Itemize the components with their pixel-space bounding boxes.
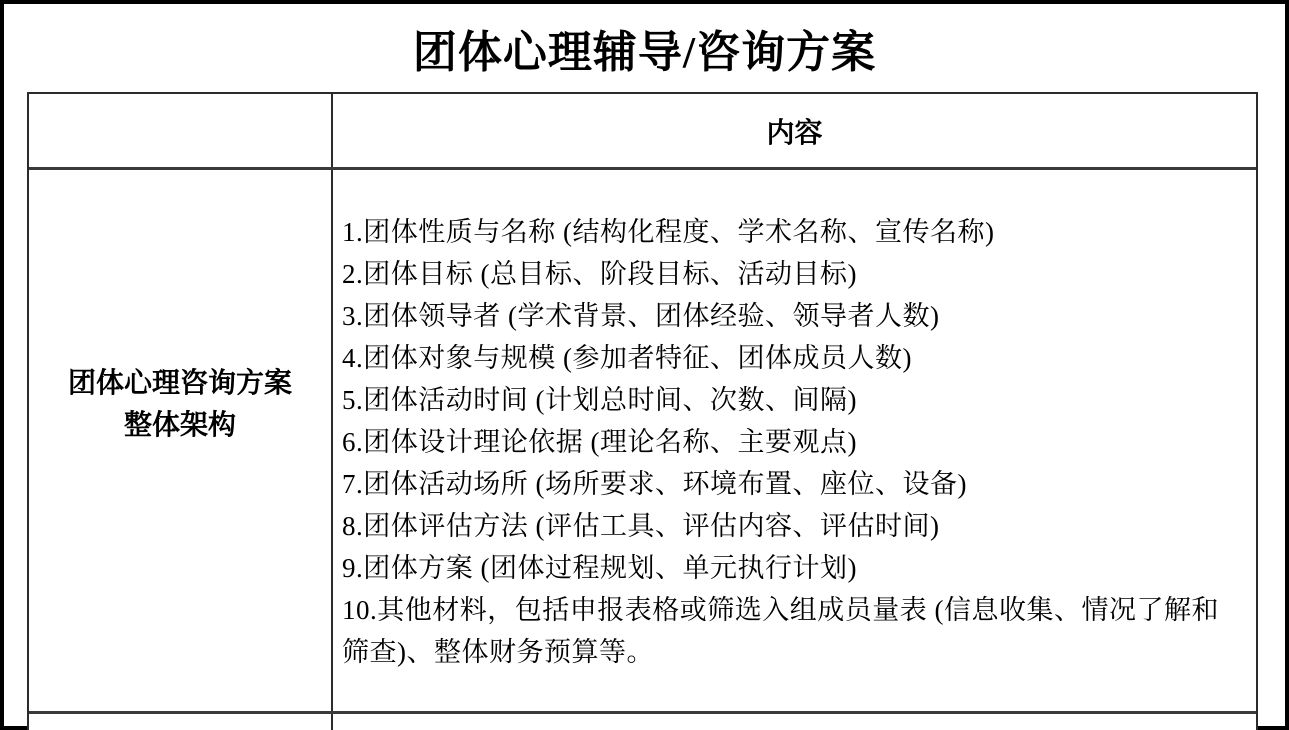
content-column-label: 内容 — [766, 111, 822, 151]
title-bar: 团体心理辅导/咨询方案 — [4, 4, 1285, 92]
table-next-row-partial — [29, 714, 1256, 730]
content-item-2: 2.团体目标 (总目标、阶段目标、活动目标) — [342, 253, 1242, 295]
row-label-cell: 团体心理咨询方案 整体架构 — [29, 170, 333, 711]
header-cell-empty — [29, 94, 333, 167]
header-cell-content: 内容 — [333, 94, 1256, 167]
row-label-line2: 整体架构 — [124, 405, 236, 447]
schema-table: 内容 团体心理咨询方案 整体架构 1.团体性质与名称 (结构化程度、学术名称、宣… — [27, 92, 1258, 730]
content-item-5: 5.团体活动时间 (计划总时间、次数、间隔) — [342, 379, 1242, 421]
table-body-row: 团体心理咨询方案 整体架构 1.团体性质与名称 (结构化程度、学术名称、宣传名称… — [29, 170, 1256, 714]
table-header-row: 内容 — [29, 94, 1256, 170]
content-item-7: 7.团体活动场所 (场所要求、环境布置、座位、设备) — [342, 463, 1242, 505]
content-item-1: 1.团体性质与名称 (结构化程度、学术名称、宣传名称) — [342, 211, 1242, 253]
content-item-9: 9.团体方案 (团体过程规划、单元执行计划) — [342, 547, 1242, 589]
document-frame: 团体心理辅导/咨询方案 内容 团体心理咨询方案 整体架构 1.团体性质与名称 (… — [0, 0, 1289, 730]
page-title: 团体心理辅导/咨询方案 — [413, 16, 876, 80]
content-item-3: 3.团体领导者 (学术背景、团体经验、领导者人数) — [342, 295, 1242, 337]
content-item-8: 8.团体评估方法 (评估工具、评估内容、评估时间) — [342, 505, 1242, 547]
row-label-line1: 团体心理咨询方案 — [68, 363, 292, 405]
next-row-label-cell — [29, 714, 333, 730]
content-cell: 1.团体性质与名称 (结构化程度、学术名称、宣传名称) 2.团体目标 (总目标、… — [333, 170, 1256, 711]
next-row-content-cell — [333, 714, 1256, 730]
content-item-4: 4.团体对象与规模 (参加者特征、团体成员人数) — [342, 337, 1242, 379]
content-item-6: 6.团体设计理论依据 (理论名称、主要观点) — [342, 421, 1242, 463]
content-item-10: 10.其他材料，包括申报表格或筛选入组成员量表 (信息收集、情况了解和筛查)、整… — [342, 589, 1242, 673]
